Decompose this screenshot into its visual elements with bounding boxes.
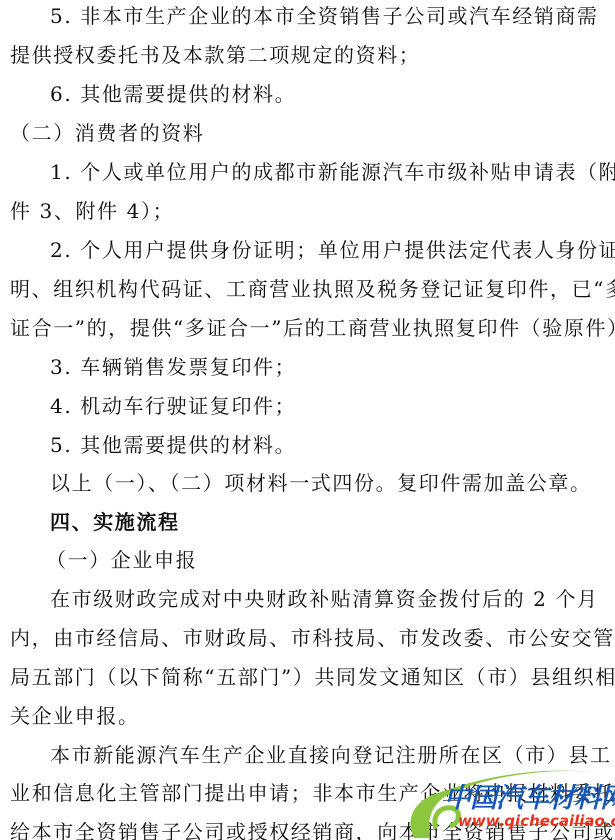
- text-line: 内，由市经信局、市财政局、市科技局、市发改委、市公安交管: [10, 624, 615, 652]
- text-line: 6. 其他需要提供的材料。: [50, 80, 296, 108]
- text-line: 业和信息化主管部门提出申请；非本市生产企业将申报材料委托: [10, 779, 615, 807]
- text-line: 1. 个人或单位用户的成都市新能源汽车市级补贴申请表（附: [50, 158, 615, 186]
- text-line: 本市新能源汽车生产企业直接向登记注册所在区（市）县工: [50, 741, 612, 769]
- text-line: （二）消费者的资料: [10, 119, 204, 147]
- text-line: 证合一”的，提供“多证合一”后的工商营业执照复印件（验原件）；: [10, 314, 615, 342]
- text-line: 3. 车辆销售发票复印件；: [50, 353, 296, 381]
- text-line: 4. 机动车行驶证复印件；: [50, 392, 296, 420]
- text-line: （一）企业申报: [46, 546, 197, 574]
- text-line: 以上（一）、（二）项材料一式四份。复印件需加盖公章。: [50, 469, 592, 497]
- text-line: 5. 非本市生产企业的本市全资销售子公司或汽车经销商需: [50, 2, 599, 30]
- text-line: 局五部门（以下简称“五部门”）共同发文通知区（市）县组织相: [10, 663, 615, 691]
- text-line: 关企业申报。: [10, 702, 140, 730]
- text-line: 明、组织机构代码证、工商营业执照及税务登记证复印件，已“多: [10, 275, 615, 303]
- text-line: 5. 其他需要提供的材料。: [50, 431, 296, 459]
- text-line: 2. 个人用户提供身份证明；单位用户提供法定代表人身份证: [50, 236, 615, 264]
- text-line: 提供授权委托书及本款第二项规定的资料；: [10, 41, 420, 69]
- text-line: 在市级财政完成对中央财政补贴清算资金拨付后的 2 个月: [50, 585, 599, 613]
- text-line: 件 3、附件 4）；: [10, 197, 174, 225]
- text-line: 四、实施流程: [50, 508, 180, 536]
- text-line: 给本市全资销售子公司或授权经销商，向本市全资销售子公司或: [10, 818, 615, 840]
